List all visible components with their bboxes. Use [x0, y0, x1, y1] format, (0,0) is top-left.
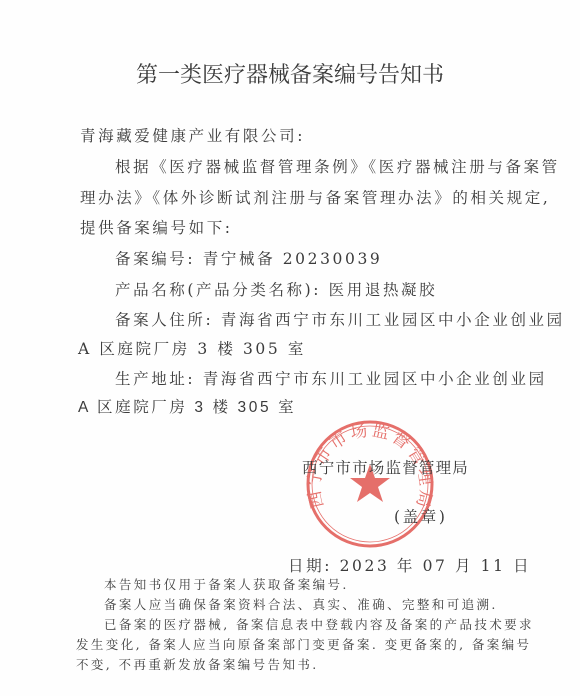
production-address-label: 生产地址: [115, 370, 195, 388]
note-line-3: 已备案的医疗器械, 备案信息表中登载内容及备案的产品技术要求 [104, 617, 534, 633]
intro-line-2: 理办法》《体外诊断试剂注册与备案管理办法》的相关规定, [80, 188, 550, 208]
record-number-value: 青宁械备 20230039 [203, 250, 383, 268]
addressee: 青海藏爱健康产业有限公司: [80, 126, 305, 146]
production-address-row: 生产地址: 青海省西宁市东川工业园区中小企业创业园 [115, 369, 547, 389]
issue-date-row: 日期: 2023 年 07 月 11 日 [288, 556, 580, 576]
product-name-row: 产品名称(产品分类名称): 医用退热凝胶 [115, 280, 437, 300]
issuer-name: 西宁市市场监督管理局 [302, 458, 580, 478]
production-address-value-2: A 区庭院厂房 3 楼 305 室 [78, 398, 296, 418]
production-address-value-1: 青海省西宁市东川工业园区中小企业创业园 [203, 370, 547, 388]
record-number-label: 备案编号: [115, 250, 195, 268]
note-line-2: 备案人应当确保备案资料合法、真实、准确、完整和可追溯. [104, 597, 498, 613]
document-page: 第一类医疗器械备案编号告知书 青海藏爱健康产业有限公司: 根据《医疗器械监督管理… [0, 0, 580, 60]
intro-line-3: 提供备案编号如下: [80, 218, 233, 238]
product-name-label: 产品名称(产品分类名称): [115, 281, 321, 299]
registrant-address-value-2: A 区庭院厂房 3 楼 305 室 [78, 339, 306, 359]
date-label: 日期: [288, 557, 332, 575]
seal-note: (盖章) [394, 507, 580, 527]
note-line-4: 发生变化, 备案人应当向原备案部门变更备案. 变更备案的, 备案编号 [76, 637, 531, 653]
official-seal-icon: 西宁市市场监督管理局 [304, 418, 436, 550]
intro-line-1: 根据《医疗器械监督管理条例》《医疗器械注册与备案管 [115, 157, 560, 177]
registrant-address-value-1: 青海省西宁市东川工业园区中小企业创业园 [221, 311, 565, 329]
note-line-5: 不变, 不再重新发放备案编号告知书. [76, 657, 319, 673]
record-number-row: 备案编号: 青宁械备 20230039 [115, 249, 382, 269]
note-line-1: 本告知书仅用于备案人获取备案编号. [104, 577, 349, 593]
registrant-address-label: 备案人住所: [115, 311, 213, 329]
document-title: 第一类医疗器械备案编号告知书 [0, 58, 580, 89]
registrant-address-row: 备案人住所: 青海省西宁市东川工业园区中小企业创业园 [115, 310, 565, 330]
product-name-value: 医用退热凝胶 [329, 281, 438, 299]
date-value: 2023 年 07 月 11 日 [340, 557, 532, 575]
